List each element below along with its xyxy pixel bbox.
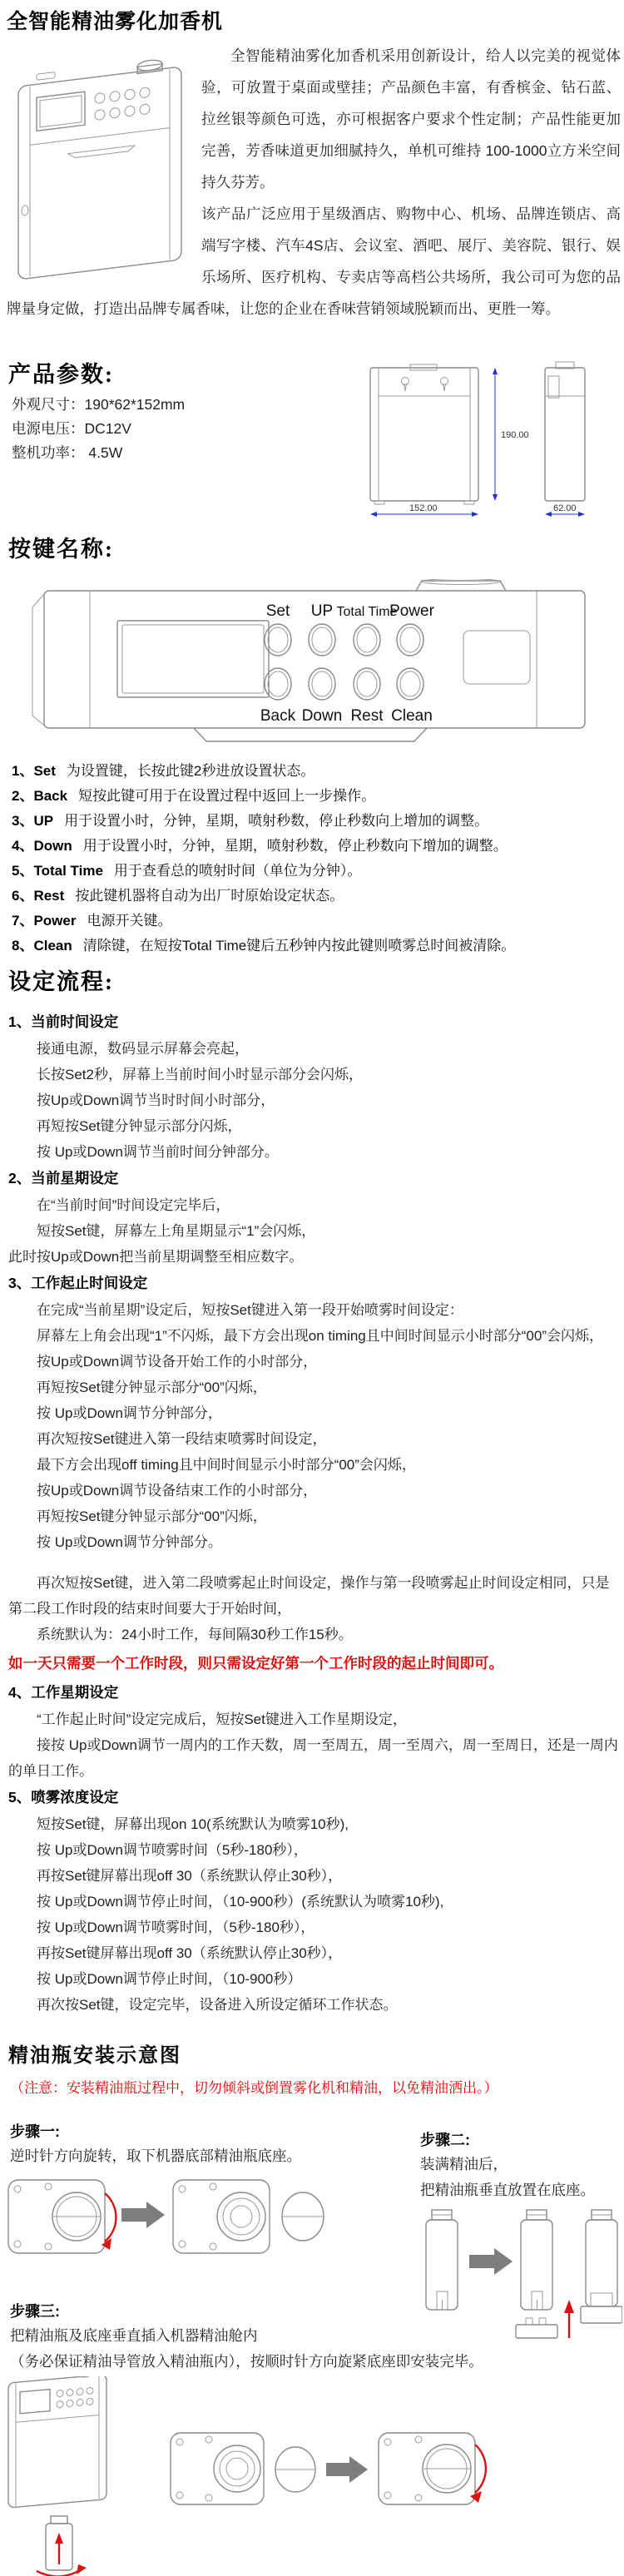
button-desc-item: 3、UP用于设置小时，分钟，星期，喷射秒数，停止秒数向上增加的调整。: [12, 809, 624, 834]
button-item-label: 5、Total Time: [12, 863, 103, 879]
flow-line: 按 Up或Down调节喷雾时间（5秒-180秒），: [8, 1837, 622, 1863]
flow-line: 长按Set2秒，屏幕上当前时间小时显示部分会闪烁，: [8, 1062, 622, 1087]
specs-list: 外观尺寸：190*62*152mm 电源电压：DC12V 整机功率： 4.5W: [12, 393, 185, 465]
arrow-right-icon: [469, 2248, 513, 2275]
flow-line: “工作起止时间”设定完成后，短按Set键进入工作星期设定，: [8, 1707, 622, 1732]
flow-line: 按Up或Down调节当时时间小时部分，: [8, 1087, 622, 1113]
button-item-desc: 为设置键，长按此键2秒进放设置状态。: [67, 763, 314, 779]
flow-line: 再短按Set键分钟显示部分闪烁，: [8, 1113, 622, 1139]
flow-line: 再次短按Set键进入第一段结束喷雾时间设定，: [8, 1426, 622, 1452]
panel-buttons: [265, 624, 423, 700]
flow-line: 按Up或Down调节设备结束工作的小时部分，: [8, 1478, 622, 1503]
panel-label-up: UP: [311, 602, 333, 620]
single-period-warning: 如一天只需要一个工作时段，则只需设定好第一个工作时段的起止时间即可。: [8, 1649, 622, 1677]
install-heading: 精油瓶安装示意图: [8, 2039, 181, 2068]
step2-line1: 装满精油后，: [420, 2152, 595, 2177]
button-item-label: 3、UP: [12, 813, 53, 829]
button-item-label: 1、Set: [12, 763, 56, 779]
flow-sec3-title: 3、工作起止时间设定: [8, 1270, 622, 1297]
flow-sec5-title: 5、喷雾浓度设定: [8, 1784, 622, 1811]
button-desc-item: 1、Set为设置键，长按此键2秒进放设置状态。: [12, 759, 624, 784]
flow-line: 在“当前时间”时间设定完毕后，: [8, 1192, 622, 1218]
panel-drawing: Set UP Total Time Power Back Down Rest C…: [27, 579, 602, 754]
step1-drawing: [7, 2170, 339, 2268]
button-desc-item: 8、Clean清除键，在短按Total Time键后五秒钟内按此键则喷雾总时间被…: [12, 934, 624, 959]
dim-width-label: 152.00: [409, 503, 438, 513]
flow-line: 按 Up或Down调节当前时间分钟部分。: [8, 1139, 622, 1165]
button-item-desc: 清除键，在短按Total Time键后五秒钟内按此键则喷雾总时间被清除。: [83, 938, 515, 954]
rotate-cw-arrow-icon: [475, 2445, 486, 2493]
button-item-label: 2、Back: [12, 788, 67, 804]
specs-heading: 产品参数:: [8, 356, 114, 389]
button-item-desc: 用于设置小时，分钟，星期，喷射秒数，停止秒数向下增加的调整。: [83, 838, 508, 854]
button-desc-item: 5、Total Time用于查看总的喷射时间（单位为分钟）。: [12, 859, 624, 884]
panel-label-rest: Rest: [350, 707, 384, 725]
flow-sec1-title: 1、当前时间设定: [8, 1008, 622, 1036]
flow-line: 按Up或Down调节设备开始工作的小时部分，: [8, 1349, 622, 1375]
rotate-ccw-arrow-icon: [105, 2193, 116, 2242]
step3-title: 步骤三:: [10, 2300, 483, 2323]
flow-line: 再次短按Set键，进入第二段喷雾起止时间设定，操作与第一段喷雾起止时间设定相同，…: [8, 1570, 622, 1622]
flow-section: 1、当前时间设定 接通电源，数码显示屏幕会亮起， 长按Set2秒，屏幕上当前时间…: [8, 1008, 622, 2018]
flow-line: 短按Set键，屏幕左上角星期显示“1”会闪烁，: [8, 1218, 622, 1244]
flow-line: 在完成“当前星期”设定后，短按Set键进入第一段开始喷雾时间设定：: [8, 1297, 622, 1323]
flow-line: 按 Up或Down调节停止时间，（10-900秒）(系统默认为喷雾10秒),: [8, 1889, 622, 1915]
install-step2: 步骤二: 装满精油后， 把精油瓶垂直放置在底座。: [420, 2128, 595, 2203]
step1-title: 步骤一:: [10, 2120, 301, 2143]
flow-line: 再短按Set键分钟显示部分“00”闪烁，: [8, 1503, 622, 1529]
flow-line: 按 Up或Down调节停止时间，（10-900秒）: [8, 1966, 622, 1992]
control-panel-drawing: Set UP Total Time Power Back Down Rest C…: [27, 579, 602, 754]
front-side-view-drawing: 190.00 152.00 62.00: [358, 358, 607, 524]
flow-line: 再按Set键屏幕出现off 30（系统默认停止30秒），: [8, 1863, 622, 1889]
arrow-right-icon: [326, 2456, 368, 2483]
install-notice: （注意：安装精油瓶过程中，切勿倾斜或倒置雾化机和精油，以免精油洒出。）: [10, 2078, 498, 2098]
button-item-label: 7、Power: [12, 913, 76, 929]
product-illustration: [7, 40, 196, 291]
button-item-desc: 按此键机器将自动为出厂时原始设定状态。: [75, 888, 344, 904]
panel-label-set: Set: [266, 602, 290, 620]
button-desc-item: 4、Down用于设置小时，分钟，星期，喷射秒数，停止秒数向下增加的调整。: [12, 834, 624, 859]
step3-illustration: [0, 2376, 624, 2576]
flow-line: 屏幕左上角会出现“1”不闪烁，最下方会出现on timing且中间时间显示小时部…: [8, 1323, 622, 1349]
flow-line: 按 Up或Down调节分钟部分。: [8, 1529, 622, 1555]
dim-depth-label: 62.00: [553, 503, 577, 513]
spec-size: 外观尺寸：190*62*152mm: [12, 393, 185, 417]
step2-line2: 把精油瓶垂直放置在底座。: [420, 2177, 595, 2203]
button-desc-item: 6、Rest按此键机器将自动为出厂时原始设定状态。: [12, 884, 624, 909]
panel-label-down: Down: [302, 707, 343, 725]
flow-line: 按 Up或Down调节喷雾时间，（5秒-180秒），: [8, 1915, 622, 1940]
flow-line: 再次按Set键，设定完毕，设备进入所设定循环工作状态。: [8, 1992, 622, 2018]
flow-line: 短按Set键，屏幕出现on 10(系统默认为喷雾10秒),: [8, 1811, 622, 1837]
flow-line: 系统默认为：24小时工作，每间隔30秒工作15秒。: [8, 1622, 622, 1647]
intro-section: 全智能精油雾化加香机采用创新设计，给人以完美的视觉体验，可放置于桌面或壁挂；产品…: [7, 40, 621, 324]
flow-line: 再按Set键屏幕出现off 30（系统默认停止30秒），: [8, 1940, 622, 1966]
button-desc-item: 2、Back短按此键可用于在设置过程中返回上一步操作。: [12, 784, 624, 809]
step2-title: 步骤二:: [420, 2128, 595, 2152]
buttons-heading: 按键名称:: [8, 531, 114, 563]
flow-line: 按 Up或Down调节分钟部分，: [8, 1400, 622, 1426]
step3-drawing: [0, 2376, 624, 2576]
arrow-right-icon: [121, 2202, 165, 2228]
flow-sec4-title: 4、工作星期设定: [8, 1679, 622, 1707]
spec-power: 整机功率： 4.5W: [12, 441, 185, 465]
button-item-desc: 用于查看总的喷射时间（单位为分钟）。: [114, 863, 362, 879]
page-title: 全智能精油雾化加香机: [7, 5, 223, 35]
panel-label-totaltime: Total Time: [337, 605, 398, 619]
install-step1: 步骤一: 逆时针方向旋转，取下机器底部精油瓶底座。: [10, 2120, 301, 2169]
button-item-label: 6、Rest: [12, 888, 64, 904]
button-item-desc: 用于设置小时，分钟，星期，喷射秒数，停止秒数向上增加的调整。: [64, 813, 488, 829]
dimension-drawing: 190.00 152.00 62.00: [358, 358, 607, 524]
flow-line: 再短按Set键分钟显示部分“00”闪烁，: [8, 1375, 622, 1400]
button-item-desc: 短按此键可用于在设置过程中返回上一步操作。: [78, 788, 375, 804]
step3-line1: 把精油瓶及底座垂直插入机器精油舱内: [10, 2323, 483, 2349]
device-3d-drawing: [7, 40, 196, 291]
flow-sec2-title: 2、当前星期设定: [8, 1165, 622, 1192]
button-description-list: 1、Set为设置键，长按此键2秒进放设置状态。 2、Back短按此键可用于在设置…: [12, 759, 624, 959]
flow-line: 此时按Up或Down把当前星期调整至相应数字。: [8, 1244, 622, 1270]
flow-line: 接通电源，数码显示屏幕会亮起，: [8, 1036, 622, 1062]
spec-voltage: 电源电压：DC12V: [12, 417, 185, 441]
step3-line2: （务必保证精油导管放入精油瓶内），按顺时针方向旋紧底座即安装完毕。: [10, 2349, 483, 2375]
button-item-label: 8、Clean: [12, 938, 72, 954]
panel-label-clean: Clean: [391, 707, 433, 725]
step1-illustration: [7, 2170, 339, 2268]
step1-desc: 逆时针方向旋转，取下机器底部精油瓶底座。: [10, 2143, 301, 2169]
button-desc-item: 7、Power电源开关键。: [12, 909, 624, 934]
panel-label-back: Back: [260, 707, 296, 725]
install-step3: 步骤三: 把精油瓶及底座垂直插入机器精油舱内 （务必保证精油导管放入精油瓶内），…: [10, 2300, 483, 2375]
button-item-label: 4、Down: [12, 838, 72, 854]
flow-line: 接按 Up或Down调节一周内的工作天数，周一至周五，周一至周六，周一至周日，还…: [8, 1732, 622, 1784]
panel-label-power: Power: [389, 602, 435, 620]
button-item-desc: 电源开关键。: [87, 913, 171, 929]
dim-height-label: 190.00: [501, 430, 529, 440]
flow-line: 最下方会出现off timing且中间时间显示小时部分“00”会闪烁，: [8, 1452, 622, 1478]
flow-heading: 设定流程:: [8, 964, 114, 996]
